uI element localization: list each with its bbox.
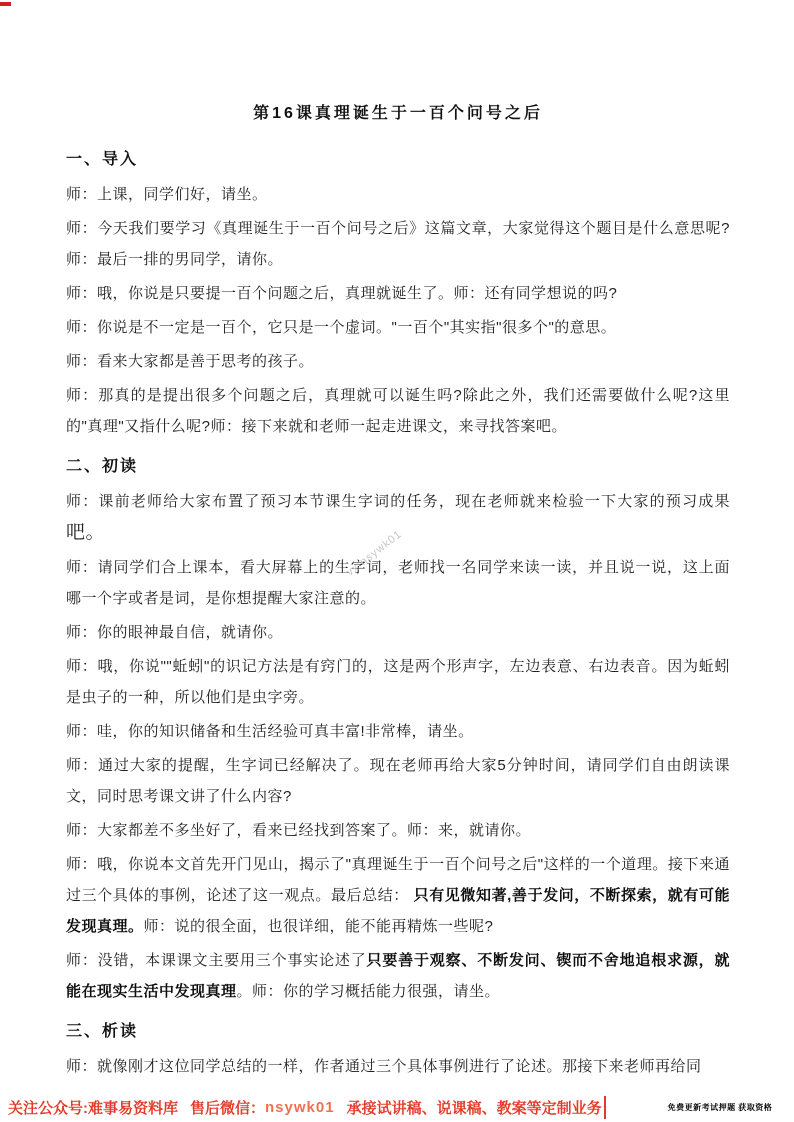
section-heading: 三、析读: [66, 1017, 730, 1047]
paragraph: 师：哦，你说是只要提一百个问题之后，真理就诞生了。师：还有同学想说的吗?: [66, 278, 730, 309]
paragraph: 师：哦，你说本文首先开门见山，揭示了"真理诞生于一百个问号之后"这样的一个道理。…: [66, 849, 730, 942]
text-run: 师：哦，你说""蚯蚓"的识记方法是有窍门的，这是两个形声字，左边表意、右边表音。…: [66, 658, 730, 706]
paragraph: 师：通过大家的提醒，生字词已经解决了。现在老师再给大家5分钟时间，请同学们自由朗…: [66, 750, 730, 812]
text-run: 师：今天我们要学习《真理诞生于一百个问号之后》这篇文章，大家觉得这个题目是什么意…: [66, 220, 730, 268]
text-run: 师：你的眼神最自信，就请你。: [66, 624, 283, 641]
text-run: 师：上课，同学们好，请坐。: [66, 186, 268, 203]
text-run: 师：那真的是提出很多个问题之后，真理就可以诞生吗?除此之外，我们还需要做什么呢?…: [66, 387, 730, 435]
paragraph: 师：那真的是提出很多个问题之后，真理就可以诞生吗?除此之外，我们还需要做什么呢?…: [66, 380, 730, 442]
paragraph: 师：课前老师给大家布置了预习本节课生字词的任务，现在老师就来检验一下大家的预习成…: [66, 486, 730, 549]
text-run: 师：你说是不一定是一百个，它只是一个虚词。"一百个"其实指"很多个"的意思。: [66, 319, 616, 336]
corner-red-mark: [0, 2, 11, 6]
text-run: 二、初读: [66, 458, 138, 475]
document-content: 一、导入师：上课，同学们好，请坐。师：今天我们要学习《真理诞生于一百个问号之后》…: [66, 145, 730, 1082]
footer-wechat-label: 售后微信：: [190, 1097, 265, 1118]
paragraph: 师：你的眼神最自信，就请你。: [66, 617, 730, 648]
text-run: 师：就像刚才这位同学总结的一样，作者通过三个具体事例进行了论述。那接下来老师再给…: [66, 1058, 702, 1075]
paragraph: 师：哦，你说""蚯蚓"的识记方法是有窍门的，这是两个形声字，左边表意、右边表音。…: [66, 651, 730, 713]
footer-divider: [604, 1096, 606, 1119]
text-run: 师：哦，你说是只要提一百个问题之后，真理就诞生了。师：还有同学想说的吗?: [66, 285, 617, 302]
paragraph: 师：大家都差不多坐好了，看来已经找到答案了。师：来，就请你。: [66, 815, 730, 846]
text-run: 师：大家都差不多坐好了，看来已经找到答案了。师：来，就请你。: [66, 822, 531, 839]
paragraph: 师：上课，同学们好，请坐。: [66, 179, 730, 210]
text-run: 三、析读: [66, 1023, 138, 1040]
paragraph: 师：今天我们要学习《真理诞生于一百个问号之后》这篇文章，大家觉得这个题目是什么意…: [66, 213, 730, 275]
paragraph: 师：你说是不一定是一百个，它只是一个虚词。"一百个"其实指"很多个"的意思。: [66, 312, 730, 343]
footer: 关注公众号:难事易资料库 售后微信： nsywk01 承接试讲稿、说课稿、教案等…: [8, 1096, 788, 1119]
text-run: 师：请同学们合上课本，看大屏幕上的生字词，老师找一名同学来读一读，并且说一说，这…: [66, 559, 730, 607]
document-body: 第16课真理诞生于一百个问号之后 一、导入师：上课，同学们好，请坐。师：今天我们…: [66, 100, 730, 1085]
text-run: 师：哇，你的知识储备和生活经验可真丰富!非常棒，请坐。: [66, 723, 474, 740]
text-run: 一、导入: [66, 151, 138, 168]
text-run: 师：说的很全面，也很详细，能不能再精炼一些呢?: [144, 918, 494, 935]
text-run: 。师：你的学习概括能力很强，请坐。: [237, 983, 501, 1000]
text-run: 师：看来大家都是善于思考的孩子。: [66, 353, 314, 370]
paragraph: 师：看来大家都是善于思考的孩子。: [66, 346, 730, 377]
text-run: 师：通过大家的提醒，生字词已经解决了。现在老师再给大家5分钟时间，请同学们自由朗…: [66, 757, 730, 805]
footer-note: 免费更新考试押题 获取资格: [668, 1102, 773, 1113]
footer-promo: 关注公众号:难事易资料库 售后微信： nsywk01 承接试讲稿、说课稿、教案等…: [8, 1096, 606, 1119]
paragraph: 师：就像刚才这位同学总结的一样，作者通过三个具体事例进行了论述。那接下来老师再给…: [66, 1051, 730, 1082]
paragraph: 师：哇，你的知识储备和生活经验可真丰富!非常棒，请坐。: [66, 716, 730, 747]
text-run: 师：没错，本课课文主要用三个事实论述了: [66, 952, 367, 969]
footer-wechat-id: nsywk01: [265, 1099, 335, 1116]
section-heading: 二、初读: [66, 452, 730, 482]
document-page: 第16课真理诞生于一百个问号之后 一、导入师：上课，同学们好，请坐。师：今天我们…: [0, 0, 794, 1122]
paragraph: 师：请同学们合上课本，看大屏幕上的生字词，老师找一名同学来读一读，并且说一说，这…: [66, 552, 730, 614]
text-run: 吧。: [66, 522, 105, 543]
footer-services-text: 承接试讲稿、说课稿、教案等定制业务: [347, 1097, 602, 1118]
page-title: 第16课真理诞生于一百个问号之后: [66, 100, 730, 123]
text-run: 师：课前老师给大家布置了预习本节课生字词的任务，现在老师就来检验一下大家的预习成…: [66, 493, 730, 510]
footer-account-text: 关注公众号:难事易资料库: [8, 1097, 178, 1118]
paragraph: 师：没错，本课课文主要用三个事实论述了只要善于观察、不断发问、锲而不舍地追根求源…: [66, 945, 730, 1007]
section-heading: 一、导入: [66, 145, 730, 175]
